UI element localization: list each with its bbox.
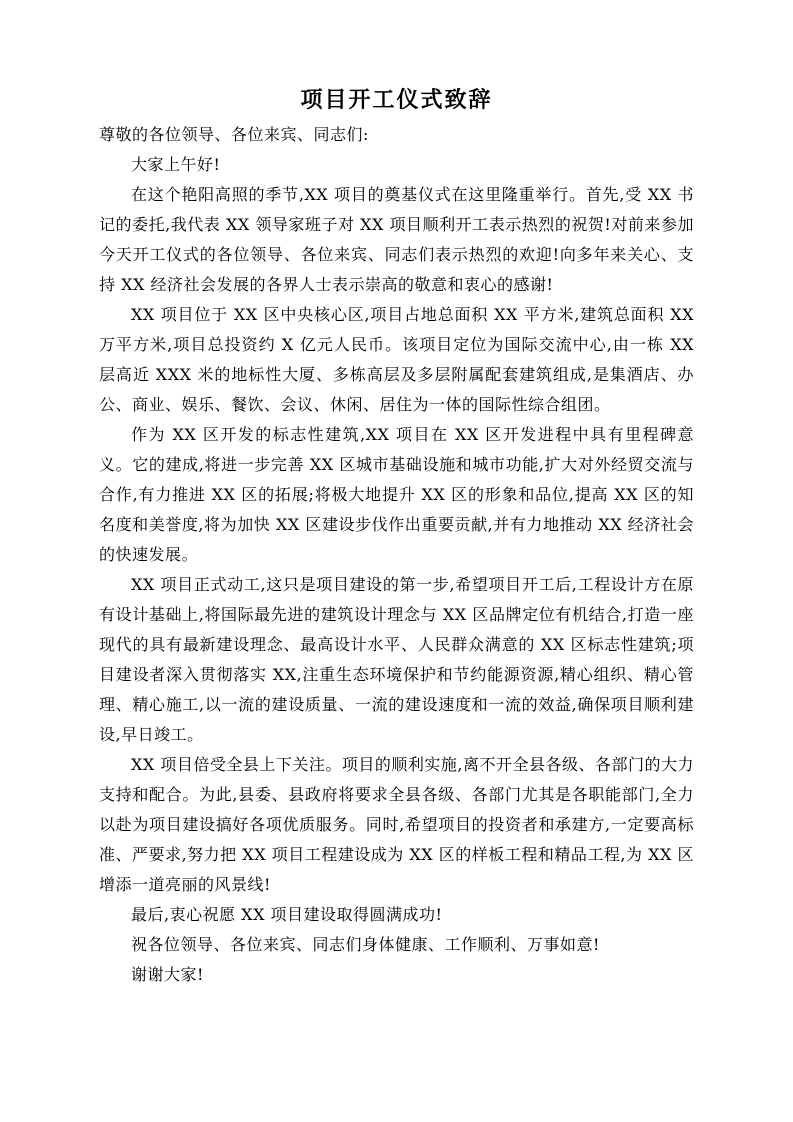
paragraph-final-wish: 最后,衷心祝愿 XX 项目建设取得圆满成功! bbox=[99, 900, 694, 930]
paragraph-greeting: 大家上午好! bbox=[99, 150, 694, 180]
paragraph-project-overview: XX 项目位于 XX 区中央核心区,项目占地总面积 XX 平方米,建筑总面积 X… bbox=[99, 300, 694, 420]
document-page: 项目开工仪式致辞 尊敬的各位领导、各位来宾、同志们: 大家上午好! 在这个艳阳高… bbox=[0, 0, 793, 1122]
paragraph-opening: 在这个艳阳高照的季节,XX 项目的奠基仪式在这里隆重举行。首先,受 XX 书记的… bbox=[99, 180, 694, 300]
paragraph-support-and-cooperation: XX 项目倍受全县上下关注。项目的顺利实施,离不开全县各级、各部门的大力支持和配… bbox=[99, 750, 694, 900]
salutation-line: 尊敬的各位领导、各位来宾、同志们: bbox=[99, 120, 694, 150]
document-title: 项目开工仪式致辞 bbox=[99, 84, 694, 116]
paragraph-blessings: 祝各位领导、各位来宾、同志们身体健康、工作顺利、万事如意! bbox=[99, 930, 694, 960]
paragraph-thanks: 谢谢大家! bbox=[99, 960, 694, 990]
paragraph-construction-expectations: XX 项目正式动工,这只是项目建设的第一步,希望项目开工后,工程设计方在原有设计… bbox=[99, 570, 694, 750]
paragraph-significance: 作为 XX 区开发的标志性建筑,XX 项目在 XX 区开发进程中具有里程碑意义。… bbox=[99, 420, 694, 570]
